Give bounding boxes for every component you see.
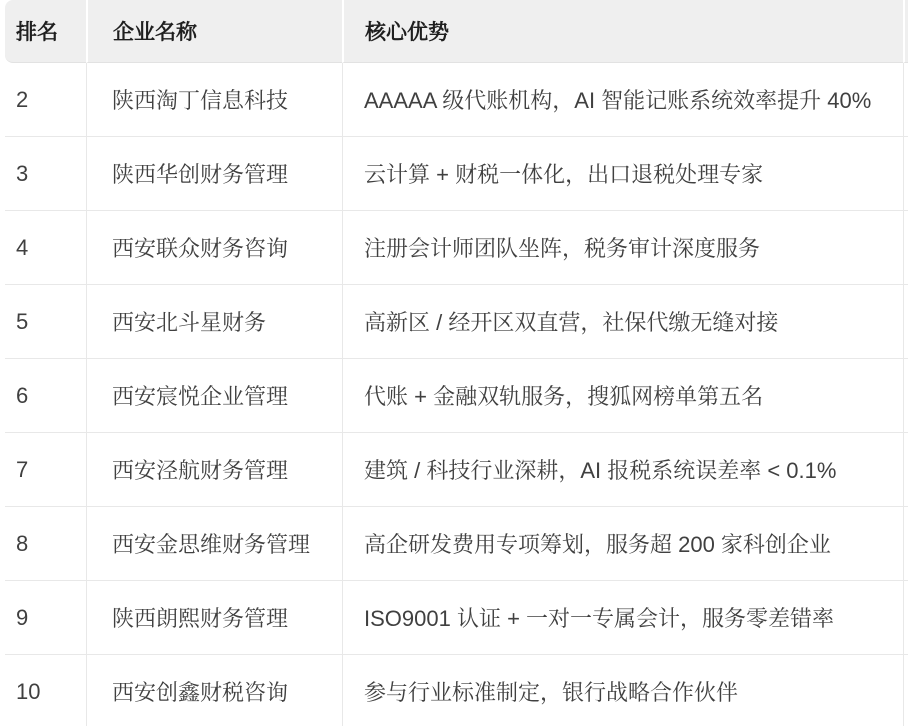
company-cell: 西安泾航财务管理 [86,433,342,506]
company-cell: 西安北斗星财务 [86,285,342,358]
advantage-text: 高新区 / 经开区双直营，社保代缴无缝对接 [364,306,778,337]
advantage-cell: AAAAA 级代账机构，AI 智能记账系统效率提升 40% [342,63,903,136]
advantage-cell: 注册会计师团队坐阵，税务审计深度服务 [342,211,903,284]
rank-value: 8 [16,531,28,557]
company-name: 陕西朗熙财务管理 [112,602,288,633]
advantage-text: ISO9001 认证 + 一对一专属会计，服务零差错率 [364,602,834,633]
company-cell: 西安联众财务咨询 [86,211,342,284]
rank-cell: 8 [5,507,86,580]
company-name: 西安联众财务咨询 [112,232,288,263]
advantage-cell: 高新区 / 经开区双直营，社保代缴无缝对接 [342,285,903,358]
advantage-text: 高企研发费用专项筹划，服务超 200 家科创企业 [364,528,831,559]
clipped-cell [903,581,908,654]
clipped-cell [903,63,908,136]
table-row: 9 陕西朗熙财务管理 ISO9001 认证 + 一对一专属会计，服务零差错率 [5,581,908,655]
header-clipped-column-sliver [903,0,908,63]
company-name: 西安泾航财务管理 [112,454,288,485]
company-cell: 西安创鑫财税咨询 [86,655,342,726]
company-name: 西安北斗星财务 [112,306,266,337]
header-company-name: 企业名称 [86,0,342,63]
company-ranking-table: 排名 企业名称 核心优势 2 陕西淘丁信息科技 AAAAA 级代账机构，AI 智… [5,0,908,726]
company-cell: 陕西华创财务管理 [86,137,342,210]
advantage-text: 参与行业标准制定，银行战略合作伙伴 [364,676,738,707]
advantage-cell: ISO9001 认证 + 一对一专属会计，服务零差错率 [342,581,903,654]
company-name: 西安创鑫财税咨询 [112,676,288,707]
rank-value: 5 [16,309,28,335]
table-row: 3 陕西华创财务管理 云计算 + 财税一体化，出口退税处理专家 [5,137,908,211]
rank-cell: 6 [5,359,86,432]
header-core-advantage: 核心优势 [342,0,903,63]
clipped-cell [903,359,908,432]
rank-value: 4 [16,235,28,261]
clipped-cell [903,655,908,726]
advantage-cell: 高企研发费用专项筹划，服务超 200 家科创企业 [342,507,903,580]
header-rank: 排名 [5,0,86,63]
header-rank-label: 排名 [16,16,58,46]
advantage-cell: 云计算 + 财税一体化，出口退税处理专家 [342,137,903,210]
table-row: 8 西安金思维财务管理 高企研发费用专项筹划，服务超 200 家科创企业 [5,507,908,581]
clipped-cell [903,507,908,580]
table-row: 4 西安联众财务咨询 注册会计师团队坐阵，税务审计深度服务 [5,211,908,285]
company-name: 西安金思维财务管理 [112,528,310,559]
advantage-text: AAAAA 级代账机构，AI 智能记账系统效率提升 40% [364,84,871,115]
table-row: 6 西安宸悦企业管理 代账 + 金融双轨服务，搜狐网榜单第五名 [5,359,908,433]
company-ranking-page: 排名 企业名称 核心优势 2 陕西淘丁信息科技 AAAAA 级代账机构，AI 智… [0,0,908,726]
advantage-text: 注册会计师团队坐阵，税务审计深度服务 [364,232,760,263]
advantage-text: 代账 + 金融双轨服务，搜狐网榜单第五名 [364,380,763,411]
table-row: 10 西安创鑫财税咨询 参与行业标准制定，银行战略合作伙伴 [5,655,908,726]
company-name: 陕西华创财务管理 [112,158,288,189]
advantage-cell: 代账 + 金融双轨服务，搜狐网榜单第五名 [342,359,903,432]
company-name: 西安宸悦企业管理 [112,380,288,411]
rank-cell: 2 [5,63,86,136]
company-cell: 西安金思维财务管理 [86,507,342,580]
clipped-cell [903,211,908,284]
table-row: 2 陕西淘丁信息科技 AAAAA 级代账机构，AI 智能记账系统效率提升 40% [5,63,908,137]
rank-value: 7 [16,457,28,483]
advantage-text: 云计算 + 财税一体化，出口退税处理专家 [364,158,763,189]
table-row: 5 西安北斗星财务 高新区 / 经开区双直营，社保代缴无缝对接 [5,285,908,359]
header-company-name-label: 企业名称 [113,16,197,46]
rank-value: 10 [16,679,40,705]
company-cell: 陕西朗熙财务管理 [86,581,342,654]
rank-cell: 4 [5,211,86,284]
rank-value: 2 [16,87,28,113]
rank-cell: 9 [5,581,86,654]
rank-value: 6 [16,383,28,409]
company-cell: 西安宸悦企业管理 [86,359,342,432]
clipped-cell [903,433,908,506]
rank-cell: 10 [5,655,86,726]
rank-cell: 3 [5,137,86,210]
clipped-cell [903,137,908,210]
advantage-text: 建筑 / 科技行业深耕，AI 报税系统误差率 < 0.1% [364,454,836,485]
advantage-cell: 参与行业标准制定，银行战略合作伙伴 [342,655,903,726]
header-core-advantage-label: 核心优势 [365,16,449,46]
rank-value: 9 [16,605,28,631]
company-cell: 陕西淘丁信息科技 [86,63,342,136]
clipped-cell [903,285,908,358]
table-header-row: 排名 企业名称 核心优势 [5,0,908,63]
advantage-cell: 建筑 / 科技行业深耕，AI 报税系统误差率 < 0.1% [342,433,903,506]
rank-cell: 5 [5,285,86,358]
table-row: 7 西安泾航财务管理 建筑 / 科技行业深耕，AI 报税系统误差率 < 0.1% [5,433,908,507]
company-name: 陕西淘丁信息科技 [112,84,288,115]
rank-cell: 7 [5,433,86,506]
rank-value: 3 [16,161,28,187]
